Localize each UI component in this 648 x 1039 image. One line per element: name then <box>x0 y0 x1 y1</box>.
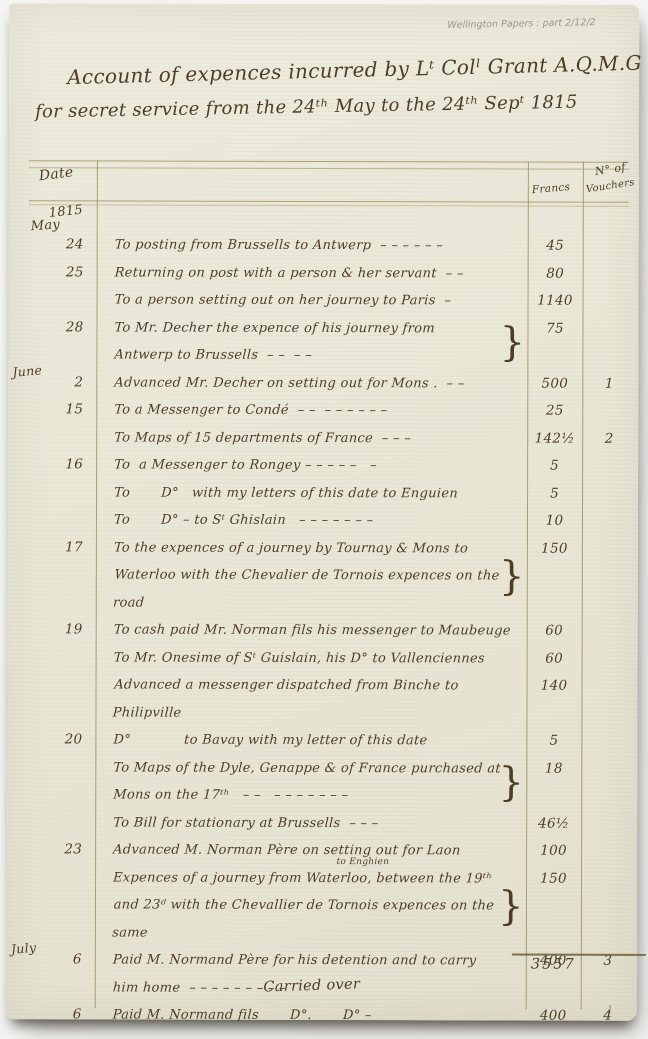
row-description: To D° – to Sᵗ Ghislain – – – – – – – <box>96 506 527 535</box>
table-row: 19 To cash paid Mr. Norman fils his mess… <box>28 616 636 645</box>
row-description: To Maps of the Dyle, Genappe & of France… <box>95 754 526 810</box>
document-title-line1: Account of expences incurred by Lᵗ Colˡ … <box>67 51 627 89</box>
row-amount-francs: 150 <box>526 865 581 893</box>
row-day: 20 <box>65 731 83 747</box>
row-amount-francs: 5 <box>526 728 581 756</box>
row-description: To a Messenger to Condé – – – – – – – – <box>96 396 527 425</box>
table-row: 16 To a Messenger to Rongey – – – – – – … <box>28 451 636 480</box>
ledger-rows: 24 To posting from Brussells to Antwerp … <box>27 231 637 1030</box>
row-description: To Mr. Onesime of Sᵗ Guislain, his D° to… <box>96 644 527 673</box>
row-text-line: Paid M. Normand fils D°. D° – <box>112 1001 527 1030</box>
table-row: To Maps of 15 departments of France – – … <box>28 424 636 453</box>
row-day: 2 <box>74 374 83 390</box>
table-row: To a person setting out on her journey t… <box>29 286 637 315</box>
row-voucher-number: 1 <box>582 370 636 398</box>
table-row: To Mr. Onesime of Sᵗ Guislain, his D° to… <box>28 644 636 673</box>
row-day: 28 <box>66 319 84 335</box>
total-rule <box>512 953 646 955</box>
scanned-document: Wellington Papers : part 2/12/2 Account … <box>0 0 648 1039</box>
row-date: 28 <box>28 314 96 342</box>
table-row: 17 To the expences of a journey by Tourn… <box>28 534 636 618</box>
row-voucher-number: 3 <box>581 948 635 976</box>
row-amount-francs: 500 <box>527 370 582 398</box>
stray-ink-mark: 1 <box>607 1005 614 1016</box>
row-amount-francs: 140 <box>527 673 582 701</box>
row-day: 15 <box>65 401 83 417</box>
row-date: 25 <box>29 259 97 287</box>
row-date: 16 <box>28 451 96 479</box>
row-text-line: Returning on post with a person & her se… <box>114 259 529 288</box>
row-brace: } <box>499 556 525 596</box>
row-month-label: June <box>11 353 73 385</box>
table-row: To D° – to Sᵗ Ghislain – – – – – – – 10 <box>28 506 636 535</box>
row-text-line: To D° – to Sᵗ Ghislain – – – – – – – <box>113 506 528 535</box>
row-description: To posting from Brussells to Antwerp – –… <box>97 231 528 260</box>
francs-column-header: Francs <box>531 181 570 196</box>
row-date: 15 <box>28 396 96 424</box>
row-brace: } <box>498 762 524 802</box>
row-voucher-number: 2 <box>582 425 636 453</box>
row-text-line: To the expences of a journey by Tournay … <box>113 534 528 563</box>
table-row: 20 D° to Bavay with my letter of this da… <box>27 726 635 755</box>
row-description: Advanced Mr. Decher on setting out for M… <box>96 369 527 398</box>
table-row: 28 To Mr. Decher the expence of his jour… <box>28 314 636 371</box>
row-text-line: To Maps of the Dyle, Genappe & of France… <box>113 754 528 783</box>
row-brace: } <box>500 322 526 362</box>
row-day: 25 <box>66 264 84 280</box>
row-text-line: To Maps of 15 departments of France – – … <box>113 424 528 453</box>
row-day: 19 <box>65 621 83 637</box>
row-description: Returning on post with a person & her se… <box>97 259 528 288</box>
table-row: 25 Returning on post with a person & her… <box>29 259 637 288</box>
total-francs: 3557 <box>526 957 581 973</box>
row-amount-francs: 5 <box>527 480 582 508</box>
row-description: To cash paid Mr. Norman fils his messeng… <box>96 616 527 645</box>
header-bottom-rule-2 <box>29 204 629 207</box>
table-row: 23 Advanced M. Norman Père on setting ou… <box>27 836 635 865</box>
row-date: 20 <box>27 726 95 754</box>
row-text-line: Mons on the 17ᵗʰ – – – – – – – – – <box>113 781 528 810</box>
vouchers-column-header-no: N° of <box>594 160 626 178</box>
row-description: Advanced a messenger dispatched from Bin… <box>95 671 526 727</box>
table-top-rule-2 <box>29 167 629 170</box>
vouchers-column-header-word: Vouchers <box>585 177 635 195</box>
row-day: 17 <box>65 539 83 555</box>
row-amount-francs: 60 <box>527 645 582 673</box>
row-date: 24 <box>29 231 97 259</box>
row-description: to Enghien Expences of a journey from Wa… <box>95 864 526 948</box>
table-top-rule <box>29 160 629 163</box>
row-text-line: To a person setting out on her journey t… <box>114 286 529 315</box>
row-text-line: To Mr. Decher the expence of his journey… <box>114 314 529 343</box>
row-date: 23 <box>27 836 95 864</box>
row-date: 6 <box>27 1001 95 1029</box>
row-text-line: D° to Bavay with my letter of this date <box>113 726 528 755</box>
row-amount-francs: 142½ <box>527 425 582 453</box>
row-text-line: To Bill for stationary at Brussells – – … <box>112 809 527 838</box>
row-brace: } <box>498 886 524 926</box>
row-description: To Mr. Decher the expence of his journey… <box>96 314 527 370</box>
row-amount-francs: 100 <box>526 838 581 866</box>
row-description: To a Messenger to Rongey – – – – – – <box>96 451 527 480</box>
row-amount-francs: 80 <box>528 260 583 288</box>
document-title-line2: for secret service from the 24ᵗʰ May to … <box>35 91 635 123</box>
manuscript-page: Wellington Papers : part 2/12/2 Account … <box>7 3 640 1021</box>
row-amount-francs: 1140 <box>528 288 583 316</box>
row-amount-francs: 150 <box>527 535 582 563</box>
table-row: To Bill for stationary at Brussells – – … <box>27 809 635 838</box>
row-day: 23 <box>64 841 82 857</box>
table-row: to Enghien Expences of a journey from Wa… <box>27 864 635 948</box>
row-description: Paid M. Normand fils D°. D° – <box>95 1001 526 1030</box>
row-day: 16 <box>65 456 83 472</box>
row-amount-francs: 18 <box>526 755 581 783</box>
table-row: To D° with my letters of this date to En… <box>28 479 636 508</box>
row-description: To the expences of a journey by Tournay … <box>96 534 527 618</box>
table-row: 15 To a Messenger to Condé – – – – – – –… <box>28 396 636 425</box>
row-text-line: Expences of a journey from Waterloo, bet… <box>112 864 527 893</box>
row-day: 6 <box>73 1006 82 1022</box>
row-amount-francs: 25 <box>527 398 582 426</box>
table-row: 24 To posting from Brussells to Antwerp … <box>29 231 637 260</box>
row-date: July 6 <box>27 946 95 974</box>
row-text-line: Waterloo with the Chevalier de Tornois e… <box>112 561 528 617</box>
row-date: 19 <box>28 616 96 644</box>
row-text-line: To cash paid Mr. Norman fils his messeng… <box>113 616 528 645</box>
row-date: 17 <box>28 534 96 562</box>
header-bottom-rule <box>29 200 629 203</box>
row-date: June 2 <box>28 369 96 397</box>
row-text-line: Advanced Mr. Decher on setting out for M… <box>114 369 529 398</box>
row-amount-francs: 10 <box>527 508 582 536</box>
table-row: To Maps of the Dyle, Genappe & of France… <box>27 754 635 811</box>
row-amount-francs: 75 <box>527 315 582 343</box>
row-text-line: Advanced M. Norman Père on setting out f… <box>112 836 527 865</box>
row-description: To a person setting out on her journey t… <box>97 286 528 315</box>
row-description: To Bill for stationary at Brussells – – … <box>95 809 526 838</box>
row-day: 6 <box>73 951 82 967</box>
row-description: Paid M. Normand Père for his detention a… <box>95 946 526 1002</box>
row-month-label: July <box>10 931 72 963</box>
row-text-line: To posting from Brussells to Antwerp – –… <box>114 231 529 260</box>
row-text-line: Advanced a messenger dispatched from Bin… <box>112 671 528 727</box>
table-row: Advanced a messenger dispatched from Bin… <box>27 671 635 728</box>
row-description: To Maps of 15 departments of France – – … <box>96 424 527 453</box>
row-description: D° to Bavay with my letter of this date <box>95 726 526 755</box>
row-text-line: and 23ᵈ with the Chevallier de Tornois e… <box>111 891 527 947</box>
row-description: To D° with my letters of this date to En… <box>96 479 527 508</box>
table-row: June 2 Advanced Mr. Decher on setting ou… <box>28 369 636 398</box>
row-text-line: Antwerp to Brussells – – – – <box>114 341 529 370</box>
table-row: 6 Paid M. Normand fils D°. D° – 400 4 <box>27 1001 635 1030</box>
row-amount-francs: 5 <box>527 453 582 481</box>
row-day: 24 <box>66 236 84 252</box>
row-text-line: To D° with my letters of this date to En… <box>113 479 528 508</box>
row-text-line: Paid M. Normand Père for his detention a… <box>112 946 527 975</box>
date-column-header: Date <box>38 164 74 184</box>
row-text-line: To Mr. Onesime of Sᵗ Guislain, his D° to… <box>113 644 528 673</box>
row-amount-francs: 45 <box>528 233 583 261</box>
row-text-line: To a Messenger to Rongey – – – – – – <box>113 451 528 480</box>
row-amount-francs: 400 <box>526 1003 581 1031</box>
row-amount-francs: 60 <box>527 618 582 646</box>
row-description: Advanced M. Norman Père on setting out f… <box>95 836 526 865</box>
row-amount-francs: 46½ <box>526 810 581 838</box>
archive-annotation: Wellington Papers : part 2/12/2 <box>447 17 596 31</box>
row-text-line: To a Messenger to Condé – – – – – – – – <box>114 396 529 425</box>
